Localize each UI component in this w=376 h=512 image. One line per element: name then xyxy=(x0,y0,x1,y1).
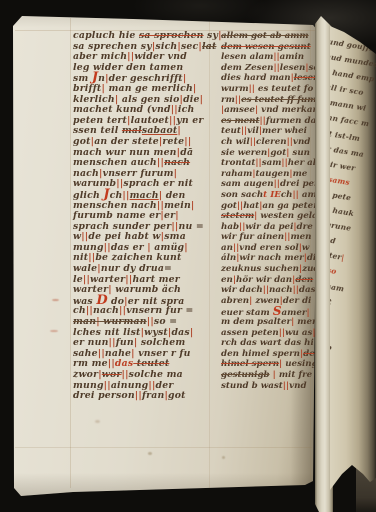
manuscript-line: gestunigb | mit fre xyxy=(221,370,319,381)
manuscript-line: dies hard man|lesen xyxy=(221,73,319,84)
manuscript-line: allem got ab amm xyxy=(221,31,319,42)
manuscript-line: wir fur ainen||men xyxy=(221,232,319,243)
facing-page-text: und goufflnud mundea |sw hand empdall ir… xyxy=(330,34,376,389)
facing-page: und goufflnud mundea |sw hand empdall ir… xyxy=(330,12,376,512)
manuscript-line: teut||vil|mer whei xyxy=(221,126,319,137)
manuscript-line: trontat||sam||her ab xyxy=(221,158,319,169)
ruling-line-left-margin xyxy=(70,18,71,488)
manuscript-line: rch das wart das hi xyxy=(221,338,319,349)
manuscript-line: dem Zesen||lesen|so xyxy=(221,63,319,74)
red-margin-mark xyxy=(52,299,59,301)
manuscript-photo: capluch hie sa sprochen sy|sa sprechen s… xyxy=(0,0,376,512)
manuscript-line: dem wesen gesunt xyxy=(221,42,319,53)
manuscript-line: lesen alam||amin xyxy=(221,52,319,63)
manuscript-line: hab||wir da pei|dre xyxy=(221,222,319,233)
manuscript-line: m dem psalter| mere| xyxy=(221,317,319,328)
manuscript-line: wurm|| es teutet fo xyxy=(221,84,319,95)
parchment-stain xyxy=(95,420,100,423)
red-margin-mark xyxy=(50,330,58,332)
manuscript-line: abren| zwen|der di xyxy=(221,296,319,307)
manuscript-line: den himel spern|de xyxy=(221,349,319,360)
manuscript-line: warumb||sprach er nit xyxy=(73,179,217,190)
manuscript-line: es ment||furmen da xyxy=(221,116,319,127)
ruling-line-bottom-margin xyxy=(15,447,312,448)
manuscript-line: |amsee| vnd merkam xyxy=(221,105,319,116)
manuscript-line: sie weren|got| sun xyxy=(221,148,319,159)
manuscript-line: euer stam Samer| xyxy=(221,306,319,317)
manuscript-line: an||vnd eren sol|w xyxy=(221,243,319,254)
manuscript-line: got||hat|an ga peten xyxy=(221,201,319,212)
parchment-stain xyxy=(222,456,225,459)
manuscript-line: en|hör wir dan|den xyxy=(221,275,319,286)
manuscript-line: warter| warumb äch xyxy=(73,285,217,296)
manuscript-line: stund b wast||vnd xyxy=(221,381,319,392)
manuscript-line: son sacht IEch|| amen xyxy=(221,190,319,201)
manuscript-line: ch wil||cleren||vnd xyxy=(221,137,319,148)
manuscript-line: drei person||fran|got xyxy=(73,391,217,402)
manuscript-line: zeuknus suchen|zud xyxy=(221,264,319,275)
text-column-right: allem got ab ammdem wesen gesuntlesen al… xyxy=(221,31,319,391)
manuscript-line: wir dach||nach||das pe xyxy=(221,285,319,296)
manuscript-line: raham|taugen|me xyxy=(221,169,319,180)
manuscript-line: himel spern| uesing xyxy=(221,359,319,370)
text-column-left: capluch hie sa sprochen sy|sa sprechen s… xyxy=(73,31,217,402)
parchment-stain xyxy=(148,452,152,455)
manuscript-line: rm||es teutet ff fum xyxy=(221,95,319,106)
left-page: capluch hie sa sprochen sy|sa sprechen s… xyxy=(13,13,318,497)
manuscript-line: assen peten||wu as|du xyxy=(221,328,319,339)
manuscript-line: sam augen||drei per xyxy=(221,179,319,190)
manuscript-line: stetem| westen gelab xyxy=(221,211,319,222)
manuscript-line: áln|wir nach mer|di xyxy=(221,253,319,264)
